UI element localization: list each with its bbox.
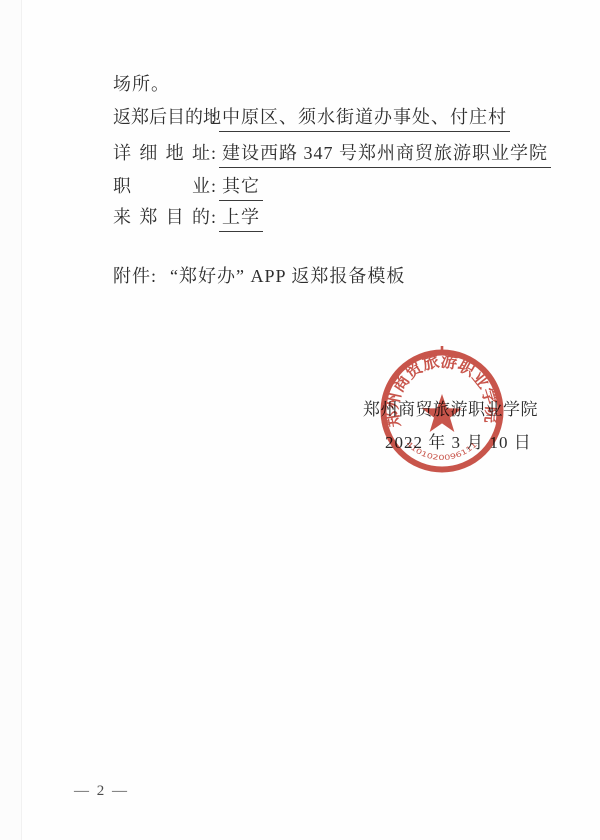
- field-row-destination: 返郑后目的地:中原区、须水街道办事处、付庄村: [113, 103, 510, 132]
- field-label: 详细地址: [113, 139, 210, 165]
- field-value-underlined: 上学: [219, 203, 263, 232]
- attachment-row: 附件:“郑好办” APP 返郑报备模板: [113, 262, 405, 288]
- svg-text:4101020096111: 4101020096111: [404, 440, 479, 462]
- paragraph-end-text: 场所。: [113, 70, 170, 96]
- field-label: 职业: [113, 172, 210, 198]
- field-value-underlined: 中原区、须水街道办事处、付庄村: [219, 103, 510, 132]
- field-colon: :: [211, 176, 216, 197]
- seal-star-icon: [422, 394, 462, 432]
- field-colon: :: [211, 143, 216, 164]
- seal-code-text: 4101020096111: [404, 440, 479, 462]
- field-value-underlined: 其它: [219, 172, 263, 201]
- footer-page-number: — 2 —: [74, 783, 129, 800]
- page-edge-shadow: [0, 0, 22, 840]
- field-colon: :: [211, 207, 216, 228]
- attachment-text: “郑好办” APP 返郑报备模板: [170, 266, 405, 286]
- field-row-occupation: 职业:其它: [113, 172, 263, 201]
- attachment-label: 附件:: [113, 266, 157, 286]
- field-value-underlined: 建设西路 347 号郑州商贸旅游职业学院: [219, 139, 551, 168]
- field-label: 来郑目的: [113, 203, 210, 229]
- official-seal: 郑州商贸旅游职业学院 4101020096111: [377, 346, 507, 476]
- field-row-purpose: 来郑目的:上学: [113, 203, 263, 232]
- field-row-address: 详细地址:建设西路 347 号郑州商贸旅游职业学院: [113, 139, 551, 168]
- field-colon: :: [211, 107, 216, 128]
- document-page: 场所。 返郑后目的地:中原区、须水街道办事处、付庄村 详细地址:建设西路 347…: [0, 0, 600, 840]
- field-label: 返郑后目的地: [113, 103, 210, 129]
